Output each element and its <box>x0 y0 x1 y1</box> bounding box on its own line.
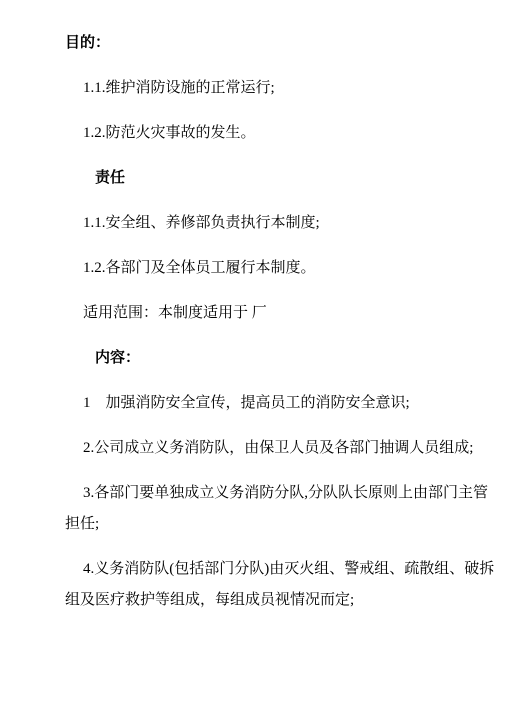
responsibility-item-1-2: 1.2.各部门及全体员工履行本制度。 <box>65 253 487 284</box>
heading-text: 目的： <box>65 28 487 59</box>
content-item-2: 2.公司成立义务消防队，由保卫人员及各部门抽调人员组成; <box>65 433 487 464</box>
content-item-1: 1 加强消防安全宣传，提高员工的消防安全意识; <box>65 388 487 419</box>
text-line: 1 加强消防安全宣传，提高员工的消防安全意识; <box>65 388 487 419</box>
document-page: 目的： 1.1.维护消防设施的正常运行; 1.2.防范火灾事故的发生。 责任 1… <box>0 0 525 705</box>
scope-line: 适用范围：本制度适用于 厂 <box>65 298 487 329</box>
text-line: 4.义务消防队(包括部门分队)由灭火组、警戒组、疏散组、破拆 <box>65 554 487 585</box>
text-line: 适用范围：本制度适用于 厂 <box>65 298 487 329</box>
text-line: 2.公司成立义务消防队，由保卫人员及各部门抽调人员组成; <box>65 433 487 464</box>
content-item-3: 3.各部门要单独成立义务消防分队,分队队长原则上由部门主管 担任; <box>65 478 487 540</box>
responsibility-item-1-1: 1.1.安全组、养修部负责执行本制度; <box>65 208 487 239</box>
purpose-item-1-1: 1.1.维护消防设施的正常运行; <box>65 73 487 104</box>
heading-content: 内容： <box>65 343 487 374</box>
heading-purpose: 目的： <box>65 28 487 59</box>
heading-text: 责任 <box>65 163 487 194</box>
text-line: 1.2.防范火灾事故的发生。 <box>65 118 487 149</box>
heading-responsibility: 责任 <box>65 163 487 194</box>
heading-text: 内容： <box>65 343 487 374</box>
purpose-item-1-2: 1.2.防范火灾事故的发生。 <box>65 118 487 149</box>
content-item-4: 4.义务消防队(包括部门分队)由灭火组、警戒组、疏散组、破拆 组及医疗救护等组成… <box>65 554 487 616</box>
text-line-continuation: 担任; <box>65 509 487 540</box>
text-line: 3.各部门要单独成立义务消防分队,分队队长原则上由部门主管 <box>65 478 487 509</box>
text-line-continuation: 组及医疗救护等组成，每组成员视情况而定; <box>65 585 487 616</box>
text-line: 1.2.各部门及全体员工履行本制度。 <box>65 253 487 284</box>
text-line: 1.1.维护消防设施的正常运行; <box>65 73 487 104</box>
text-line: 1.1.安全组、养修部负责执行本制度; <box>65 208 487 239</box>
